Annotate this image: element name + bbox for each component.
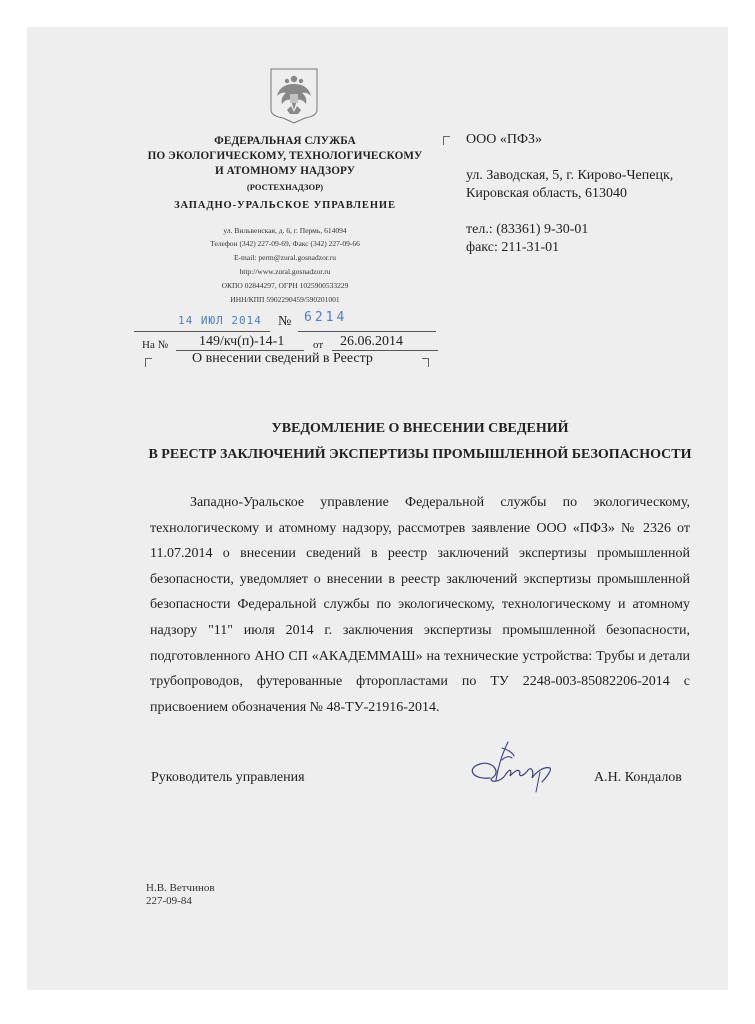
org-name-line2: ПО ЭКОЛОГИЧЕСКОМУ, ТЕХНОЛОГИЧЕСКОМУ: [125, 149, 445, 165]
address-bracket: [443, 136, 450, 145]
branch-name: ЗАПАДНО-УРАЛЬСКОЕ УПРАВЛЕНИЕ: [125, 200, 445, 211]
executor-phone: 227-09-84: [146, 895, 215, 908]
addressee-fax: факс: 211-31-01: [466, 238, 559, 257]
addressee-company: ООО «ПФЗ»: [466, 130, 542, 149]
number-stamp: 6214: [304, 310, 347, 325]
reference-date: 26.06.2014: [340, 334, 403, 350]
org-name-line1: ФЕДЕРАЛЬНАЯ СЛУЖБА: [125, 134, 445, 150]
body-paragraph: Западно-Уральское управление Федеральной…: [150, 490, 690, 720]
addressee-address-line2: Кировская область, 613040: [466, 184, 627, 203]
addressee-address-line1: ул. Заводская, 5, г. Кирово-Чепецк,: [466, 166, 673, 185]
subject-bracket-left: [145, 358, 152, 367]
number-underline: [298, 331, 436, 332]
subject-bracket-right: [422, 358, 429, 367]
org-abbreviation: (РОСТЕХНАДЗОР): [125, 182, 445, 192]
org-name-line3: И АТОМНОМУ НАДЗОРУ: [125, 164, 445, 180]
document-title-line1: УВЕДОМЛЕНИЕ О ВНЕСЕНИИ СВЕДЕНИЙ: [140, 416, 700, 442]
executor-block: Н.В. Ветчинов 227-09-84: [146, 882, 215, 908]
reference-date-label: от: [313, 339, 323, 351]
org-email: E-mail: perm@zural.gosnadzor.ru: [125, 251, 445, 266]
reference-number: 149/кч(п)-14-1: [199, 334, 284, 350]
org-website: http://www.zural.gosnadzor.ru: [125, 265, 445, 280]
executor-name: Н.В. Ветчинов: [146, 882, 215, 895]
document-title-line2: В РЕЕСТР ЗАКЛЮЧЕНИЙ ЭКСПЕРТИЗЫ ПРОМЫШЛЕН…: [140, 442, 700, 468]
handwritten-signature-icon: [462, 738, 572, 794]
russian-coat-of-arms-icon: [265, 66, 323, 126]
date-stamp: 14 ИЮЛ 2014: [178, 314, 262, 327]
date-underline: [134, 331, 270, 332]
org-okpo-ogrn: ОКПО 02844297, ОГРН 1025900533229: [125, 279, 445, 294]
body-text: Западно-Уральское управление Федеральной…: [150, 490, 690, 720]
signatory-position: Руководитель управления: [151, 770, 305, 786]
signatory-name: А.Н. Кондалов: [594, 770, 682, 786]
org-phone-fax: Телефон (342) 227-09-69, Факс (342) 227-…: [125, 237, 445, 252]
reference-label: На №: [142, 339, 168, 351]
subject-line: О внесении сведений в Реестр: [192, 351, 373, 367]
org-inn-kpp: ИНН/КПП 5902290459/590201001: [125, 293, 445, 308]
number-label: №: [278, 314, 291, 330]
addressee-phone: тел.: (83361) 9-30-01: [466, 220, 588, 239]
